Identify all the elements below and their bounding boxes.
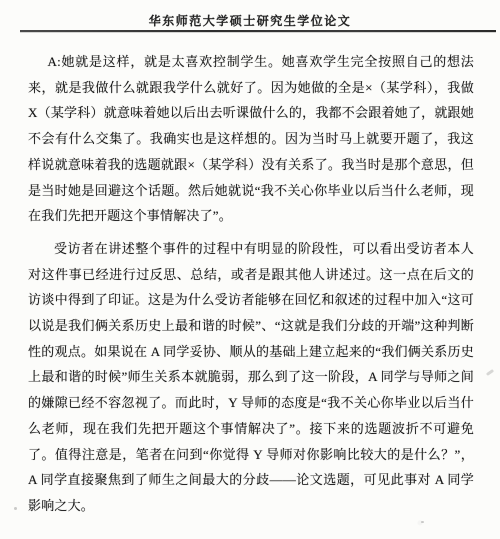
page-header: 华东师范大学硕士研究生学位论文: [0, 12, 500, 30]
paragraph-analysis: 受访者在讲述整个事件的过程中有明显的阶段性，可以看出受访者本人对这件事已经进行过…: [28, 236, 474, 519]
thesis-scan-page: 华东师范大学硕士研究生学位论文 A:她就是这样，就是太喜欢控制学生。她喜欢学生完…: [0, 0, 500, 539]
scan-artifact-speck: [421, 521, 424, 523]
header-divider-rule: [20, 30, 496, 32]
page-header-title: 华东师范大学硕士研究生学位论文: [149, 14, 352, 28]
scan-artifact-smudge: [486, 369, 494, 376]
page-body: A:她就是这样，就是太喜欢控制学生。她喜欢学生完全按照自己的想法来，就是我做什么…: [28, 49, 474, 519]
paragraph-interview-quote: A:她就是这样，就是太喜欢控制学生。她喜欢学生完全按照自己的想法来，就是我做什么…: [28, 49, 474, 229]
scan-artifact-speck: [14, 507, 17, 510]
